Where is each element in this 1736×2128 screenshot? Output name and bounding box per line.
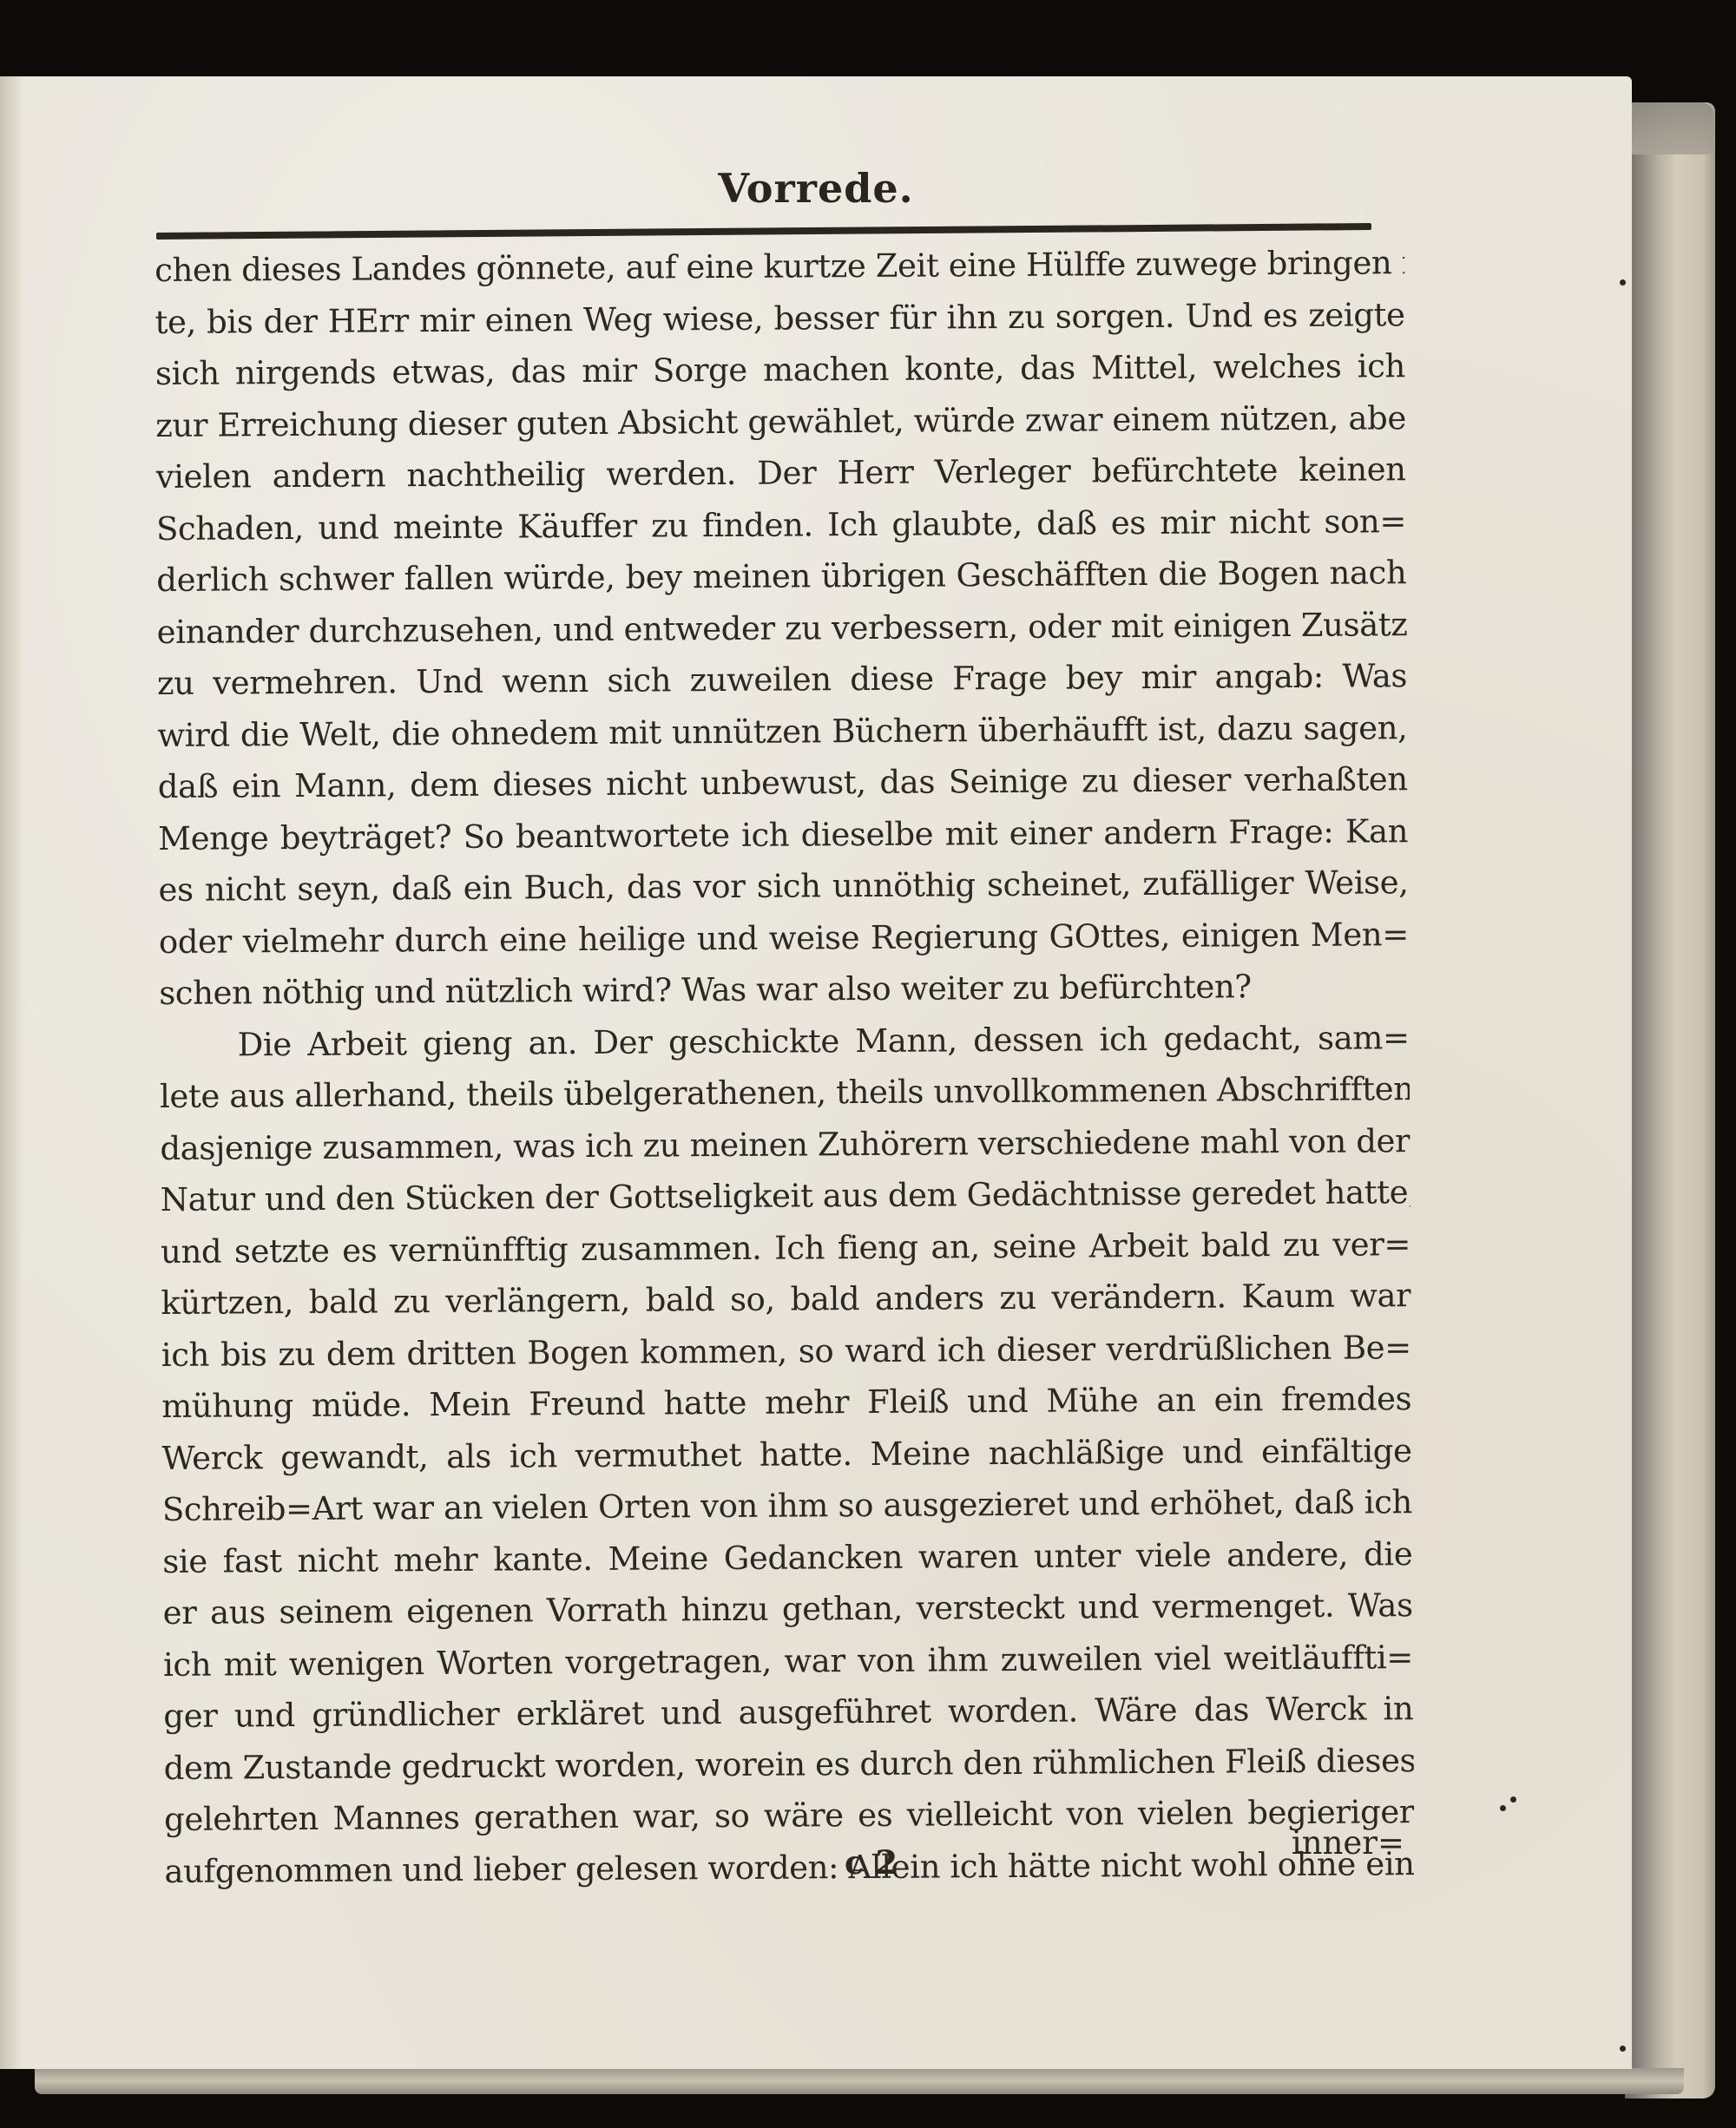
text-line: mühung müde. Mein Freund hatte mehr Flei… (161, 1373, 1411, 1432)
foxing-spot (1620, 279, 1626, 286)
text-line: kürtzen, bald zu verlängern, bald so, ba… (161, 1270, 1410, 1329)
text-line: dasjenige zusammen, was ich zu meinen Zu… (160, 1115, 1410, 1174)
text-line: ich bis zu dem dritten Bogen kommen, so … (161, 1322, 1411, 1381)
text-line: sie fast nicht mehr kante. Meine Gedanck… (162, 1528, 1412, 1587)
text-line-paragraph-end: schen nöthig und nützlich wird? Was war … (159, 960, 1409, 1019)
text-line: vielen andern nachtheilig werden. Der He… (155, 443, 1405, 502)
text-line: Menge beyträget? So beantwortete ich die… (158, 805, 1408, 864)
text-line: Schaden, und meinte Käuffer zu finden. I… (156, 496, 1406, 555)
text-line: er aus seinem eigenen Vorrath hinzu geth… (162, 1580, 1412, 1639)
gutter-shadow (0, 76, 23, 2069)
text-line: Schreib=Art war an vielen Orten von ihm … (162, 1476, 1412, 1535)
text-line: Natur und den Stücken der Gottseligkeit … (161, 1166, 1410, 1225)
text-line: derlich schwer fallen würde, bey meinen … (156, 547, 1406, 606)
signature-mark: c 2 (845, 1843, 898, 1882)
page-footer: c 2 inner= (155, 1833, 1404, 1885)
text-line: oder vielmehr durch eine heilige und wei… (159, 909, 1409, 968)
text-line: zur Erreichung dieser guten Absicht gewä… (155, 392, 1405, 451)
book-cover-edge (1625, 102, 1715, 2098)
foxing-spot (1510, 1796, 1516, 1803)
book-cover-corner (1630, 102, 1713, 154)
running-head: Vorrede. (0, 165, 1632, 212)
text-line: ger und gründlicher erkläret und ausgefü… (163, 1683, 1413, 1742)
text-line: sich nirgends etwas, das mir Sorge mache… (155, 340, 1405, 399)
foxing-spot (1620, 2046, 1626, 2052)
text-line: dem Zustande gedruckt worden, worein es … (164, 1735, 1414, 1794)
text-line-paragraph-start: Die Arbeit gieng an. Der geschickte Mann… (159, 1012, 1409, 1071)
foxing-spot (1500, 1805, 1506, 1811)
text-line: ich mit wenigen Worten vorgetragen, war … (163, 1632, 1413, 1691)
text-line: te, bis der HErr mir einen Weg wiese, be… (155, 289, 1404, 348)
text-line: lete aus allerhand, theils übelgerathene… (160, 1063, 1410, 1122)
page-block-edge (35, 2068, 1684, 2094)
text-line: chen dieses Landes gönnete, auf eine kur… (155, 237, 1404, 296)
text-line: wird die Welt, die ohnedem mit unnützen … (157, 702, 1407, 761)
text-line: Werck gewandt, als ich vermuthet hatte. … (161, 1425, 1411, 1484)
text-line: es nicht seyn, daß ein Buch, das vor sic… (158, 857, 1408, 916)
text-line: zu vermehren. Und wenn sich zuweilen die… (157, 650, 1407, 709)
text-line: daß ein Mann, dem dieses nicht unbewust,… (158, 753, 1408, 812)
text-line: und setzte es vernünfftig zusammen. Ich … (161, 1218, 1410, 1277)
text-line: einander durchzusehen, und entweder zu v… (157, 599, 1407, 658)
body-text: chen dieses Landes gönnete, auf eine kur… (155, 237, 1415, 1897)
catchword: inner= (1292, 1824, 1404, 1862)
